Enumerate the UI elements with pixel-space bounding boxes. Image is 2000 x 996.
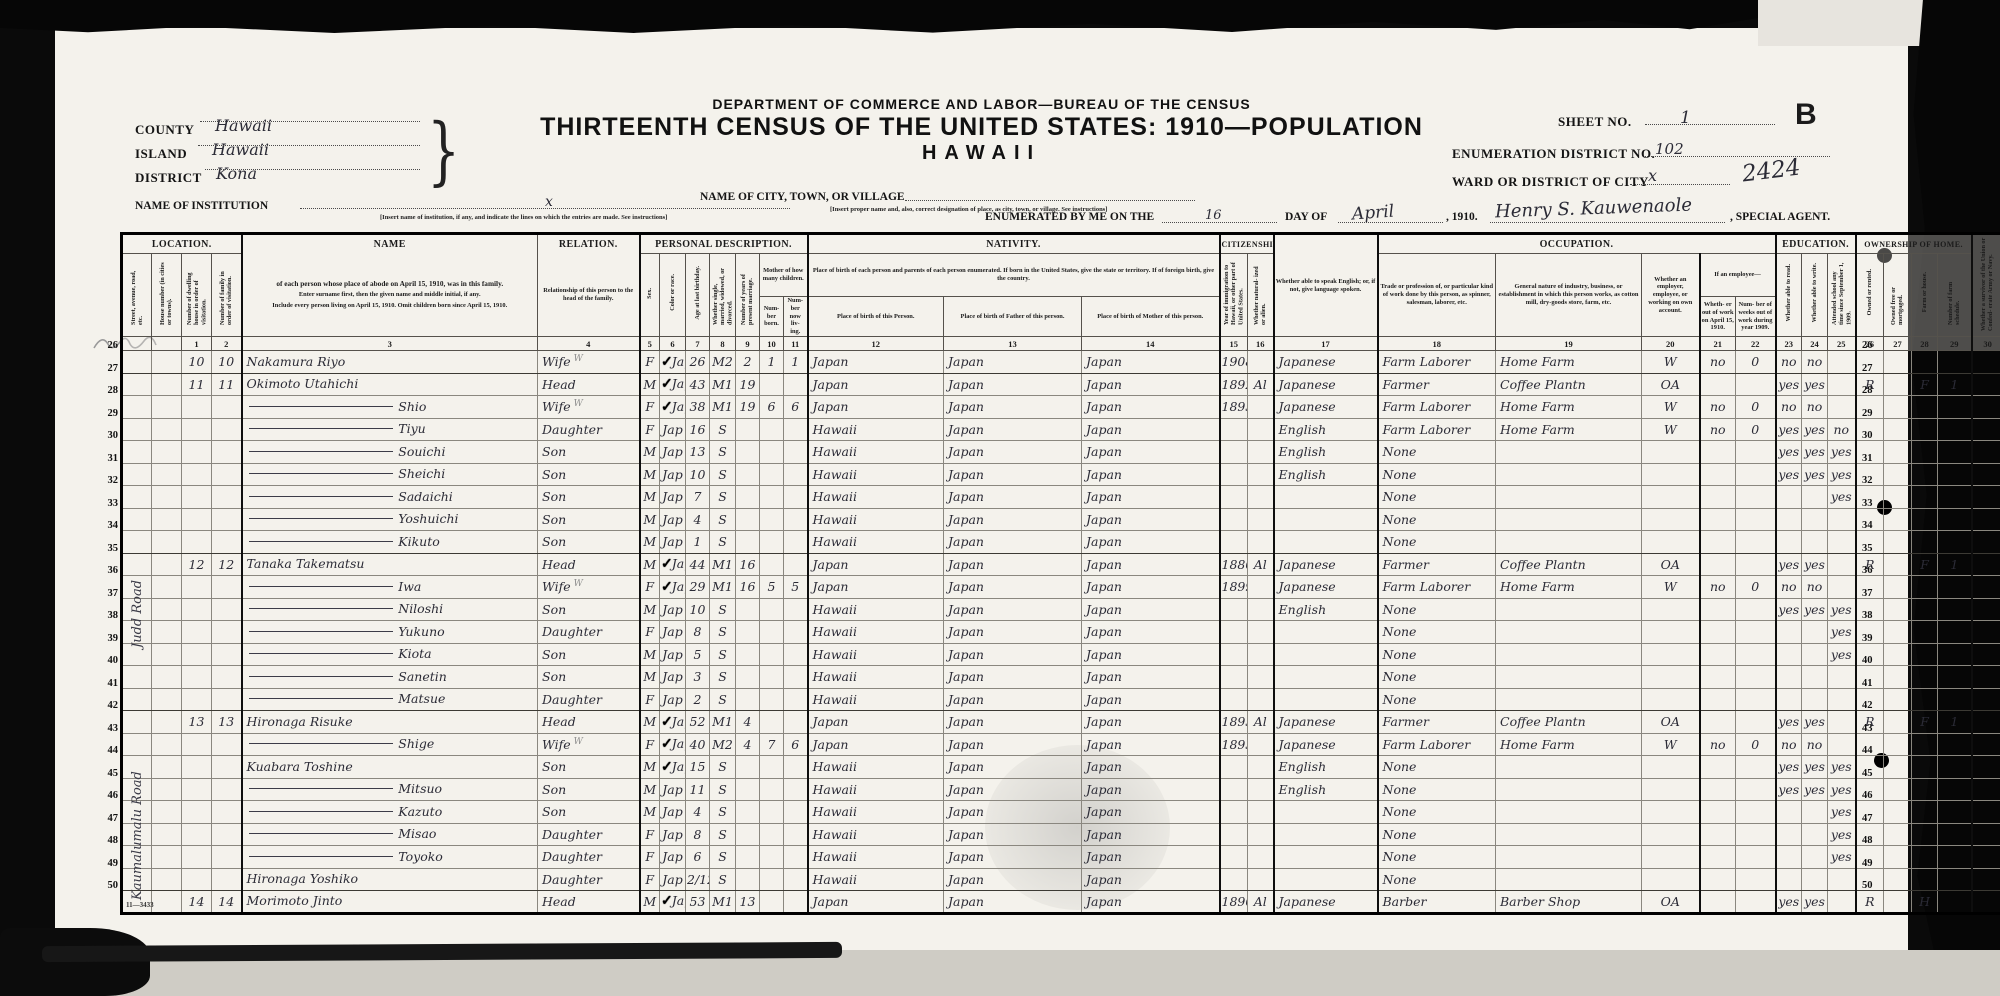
group-citizenship: CITIZENSHIP. (1220, 234, 1274, 254)
cell-rel: WifeW (538, 396, 640, 419)
row-number-right: 31 (1862, 453, 1888, 464)
cell-trade: None (1378, 846, 1496, 869)
cell-wk (1736, 621, 1776, 644)
cell-ind (1496, 531, 1642, 554)
column-number (152, 337, 182, 351)
year-suffix: , 1910. (1446, 211, 1478, 223)
column-number: 2 (212, 337, 242, 351)
cell-fs (1938, 441, 1972, 464)
cell-mar: M1 (710, 553, 736, 576)
cell-bp: Japan (808, 373, 944, 396)
cell-bp: Hawaii (808, 441, 944, 464)
cell-fam: 11 (212, 373, 242, 396)
cell-nat (1248, 508, 1274, 531)
row-number-left: 40 (92, 655, 118, 666)
cell-cb (760, 508, 784, 531)
cell-race: Jap (660, 801, 686, 824)
cell-house (152, 823, 182, 846)
cell-mar: S (710, 756, 736, 779)
cell-bpm: Japan (1082, 396, 1220, 419)
cell-trade: None (1378, 756, 1496, 779)
brace-glyph: } (427, 108, 460, 194)
cell-ow: no (1700, 418, 1736, 441)
cell-emp: W (1642, 576, 1700, 599)
day-of-label: DAY OF (1285, 211, 1327, 223)
cell-imm (1220, 598, 1248, 621)
cell-race: Jap (660, 823, 686, 846)
cell-emp (1642, 621, 1700, 644)
group-name: NAME (242, 234, 538, 254)
row-number-right: 45 (1862, 768, 1888, 779)
cell-cb (760, 868, 784, 891)
cell-sch (1828, 688, 1856, 711)
cell-bpf: Japan (944, 643, 1082, 666)
cell-bp: Japan (808, 733, 944, 756)
cell-lang: Japanese (1274, 351, 1378, 374)
cell-cl (784, 666, 808, 689)
cell-age: 15 (686, 756, 710, 779)
cell-sex: F (640, 688, 660, 711)
table-row: MatsueDaughterFJap2SHawaiiJapanJapanNone (122, 688, 2000, 711)
cell-sch (1828, 891, 1856, 914)
col-14-header: Place of birth of Mother of this person. (1082, 297, 1220, 337)
cell-bpf: Japan (944, 396, 1082, 419)
cell-ind (1496, 598, 1642, 621)
column-number: 6 (660, 337, 686, 351)
cell-fh: F (1912, 711, 1938, 734)
cell-name: Sheichi (242, 463, 538, 486)
cell-dw (182, 688, 212, 711)
group-personal-description: PERSONAL DESCRIPTION. (640, 234, 808, 254)
cell-age: 16 (686, 418, 710, 441)
cell-wr: yes (1802, 891, 1828, 914)
cell-wr (1802, 846, 1828, 869)
cell-mar: S (710, 688, 736, 711)
cell-lang (1274, 688, 1378, 711)
column-number: 21 (1700, 337, 1736, 351)
cell-fs (1938, 666, 1972, 689)
row-number-right: 34 (1862, 520, 1888, 531)
cell-sch (1828, 373, 1856, 396)
cell-mar: S (710, 666, 736, 689)
cell-emp: W (1642, 351, 1700, 374)
cell-cl (784, 711, 808, 734)
row-number-left: 44 (92, 745, 118, 756)
cell-cl (784, 778, 808, 801)
cell-sv (1972, 351, 2000, 374)
cell-wr (1802, 823, 1828, 846)
cell-wk (1736, 868, 1776, 891)
cell-imm (1220, 463, 1248, 486)
cell-imm (1220, 441, 1248, 464)
cell-cb (760, 711, 784, 734)
cell-house (152, 801, 182, 824)
cell-lang: Japanese (1274, 373, 1378, 396)
cell-yrs: 16 (736, 576, 760, 599)
cell-nat (1248, 778, 1274, 801)
col-10-header: Num- ber born. (760, 297, 784, 337)
cell-race: Jap (660, 778, 686, 801)
cell-mar: M1 (710, 373, 736, 396)
cell-bpm: Japan (1082, 531, 1220, 554)
table-row: MisaoDaughterFJap8SHawaiiJapanJapanNoney… (122, 823, 2000, 846)
cell-house (152, 351, 182, 374)
cell-wr (1802, 643, 1828, 666)
table-row: ShioWifeWF✓Jap38M11966JapanJapanJapan189… (122, 396, 2000, 419)
cell-mar: S (710, 643, 736, 666)
cell-nat (1248, 396, 1274, 419)
cell-sv (1972, 778, 2000, 801)
column-number: 11 (784, 337, 808, 351)
cell-sex: F (640, 576, 660, 599)
cell-house (152, 553, 182, 576)
special-agent-label: , SPECIAL AGENT. (1730, 211, 1830, 223)
cell-imm: 1908 (1220, 351, 1248, 374)
row-number-right: 32 (1862, 475, 1888, 486)
row-number-right: 47 (1862, 813, 1888, 824)
cell-mtg (1884, 891, 1912, 914)
cell-fs: 1 (1938, 373, 1972, 396)
cell-race: Jap (660, 868, 686, 891)
cell-age: 3 (686, 666, 710, 689)
cell-street (122, 463, 152, 486)
cell-yrs (736, 801, 760, 824)
cell-yrs: 13 (736, 891, 760, 914)
col-24-header: Whether able to write. (1802, 254, 1828, 337)
cell-age: 11 (686, 778, 710, 801)
cell-wk (1736, 688, 1776, 711)
cell-bpf: Japan (944, 733, 1082, 756)
cell-name: Hironaga Risuke (242, 711, 538, 734)
cell-sex: F (640, 351, 660, 374)
column-number: 19 (1496, 337, 1642, 351)
cell-dw (182, 396, 212, 419)
table-row: SouichiSonMJap13SHawaiiJapanJapanEnglish… (122, 441, 2000, 464)
nativity-note: Place of birth of each person and parent… (808, 254, 1220, 297)
cell-sch: yes (1828, 621, 1856, 644)
row-number-right: 43 (1862, 723, 1888, 734)
cell-imm (1220, 778, 1248, 801)
cell-nat (1248, 598, 1274, 621)
cell-wr: no (1802, 396, 1828, 419)
cell-race: Jap (660, 643, 686, 666)
col-15-header: Year of immigration to Hawaii, or other … (1220, 254, 1248, 337)
cell-rel: Head (538, 373, 640, 396)
cell-nat (1248, 576, 1274, 599)
cell-ind (1496, 621, 1642, 644)
cell-rd (1776, 531, 1802, 554)
cell-ow (1700, 846, 1736, 869)
group-occupation: OCCUPATION. (1378, 234, 1776, 254)
cell-street (122, 711, 152, 734)
col-house-header: House number (in cities or towns). (152, 254, 182, 337)
cell-house (152, 463, 182, 486)
cell-rd: yes (1776, 891, 1802, 914)
cell-mar: M1 (710, 891, 736, 914)
cell-race: Jap (660, 846, 686, 869)
cell-dw (182, 531, 212, 554)
cell-bpf: Japan (944, 463, 1082, 486)
cell-sv (1972, 531, 2000, 554)
cell-race: ✓Jap (660, 373, 686, 396)
cell-rd: yes (1776, 418, 1802, 441)
cell-rel: Son (538, 643, 640, 666)
cell-rel: Head (538, 711, 640, 734)
column-number: 4 (538, 337, 640, 351)
row-number-right: 39 (1862, 633, 1888, 644)
cell-fs (1938, 643, 1972, 666)
cell-emp (1642, 531, 1700, 554)
cell-rd (1776, 643, 1802, 666)
cell-imm (1220, 756, 1248, 779)
cell-fh (1912, 643, 1938, 666)
cell-street (122, 351, 152, 374)
cell-sch: yes (1828, 643, 1856, 666)
cell-house (152, 643, 182, 666)
cell-emp (1642, 823, 1700, 846)
cell-race: Jap (660, 508, 686, 531)
column-number: 30 (1972, 337, 2000, 351)
cell-sv (1972, 846, 2000, 869)
col-26-header: Owned or rented. (1856, 254, 1884, 337)
tally-check-mark: ✓ (661, 376, 673, 392)
cell-bp: Japan (808, 891, 944, 914)
cell-yrs: 4 (736, 711, 760, 734)
cell-imm: 1893 (1220, 396, 1248, 419)
cell-lang: Japanese (1274, 891, 1378, 914)
cell-fam: 10 (212, 351, 242, 374)
cell-rel: Son (538, 508, 640, 531)
cell-age: 5 (686, 643, 710, 666)
cell-rel: WifeW (538, 733, 640, 756)
cell-sex: F (640, 733, 660, 756)
cell-bpf: Japan (944, 688, 1082, 711)
cell-race: Jap (660, 688, 686, 711)
group-nativity: NATIVITY. (808, 234, 1220, 254)
cell-lang: Japanese (1274, 711, 1378, 734)
cell-bpm: Japan (1082, 778, 1220, 801)
cell-ind (1496, 666, 1642, 689)
cell-bp: Hawaii (808, 463, 944, 486)
cell-trade: None (1378, 598, 1496, 621)
col-11-header: Num- ber now liv- ing. (784, 297, 808, 337)
cell-age: 52 (686, 711, 710, 734)
ward-label: WARD OR DISTRICT OF CITY (1452, 174, 1649, 190)
county-value: Hawaii (215, 116, 272, 135)
cell-fs: 1 (1938, 553, 1972, 576)
cell-mar: S (710, 418, 736, 441)
row-number-right: 44 (1862, 745, 1888, 756)
cell-dw (182, 621, 212, 644)
cell-sv (1972, 891, 2000, 914)
cell-nat: Al (1248, 553, 1274, 576)
tally-check-mark: ✓ (661, 736, 673, 752)
cell-dw (182, 486, 212, 509)
cell-nat (1248, 441, 1274, 464)
census-scan-page: DEPARTMENT OF COMMERCE AND LABOR—BUREAU … (0, 0, 2000, 996)
cell-emp: OA (1642, 711, 1700, 734)
cell-sch: yes (1828, 801, 1856, 824)
table-row: SheichiSonMJap10SHawaiiJapanJapanEnglish… (122, 463, 2000, 486)
cell-sex: M (640, 463, 660, 486)
cell-sv (1972, 733, 2000, 756)
tally-check-mark: ✓ (661, 354, 673, 370)
row-number-left: 30 (92, 430, 118, 441)
cell-mar: S (710, 508, 736, 531)
cell-sex: M (640, 531, 660, 554)
col-9-header: Number of years of present marriage. (736, 254, 760, 337)
cell-cl (784, 531, 808, 554)
cell-ow (1700, 373, 1736, 396)
cell-cb (760, 463, 784, 486)
cell-cb (760, 801, 784, 824)
cell-bp: Japan (808, 553, 944, 576)
cell-yrs (736, 486, 760, 509)
cell-sch: yes (1828, 486, 1856, 509)
cell-bp: Japan (808, 351, 944, 374)
cell-street (122, 688, 152, 711)
cell-fs (1938, 396, 1972, 419)
cell-bpm: Japan (1082, 351, 1220, 374)
cell-ind (1496, 486, 1642, 509)
cell-fs (1938, 576, 1972, 599)
cell-sex: M (640, 891, 660, 914)
cell-fs (1938, 621, 1972, 644)
table-row: YoshuichiSonMJap4SHawaiiJapanJapanNone (122, 508, 2000, 531)
cell-fam (212, 756, 242, 779)
cell-wk: 0 (1736, 351, 1776, 374)
cell-rel: Son (538, 801, 640, 824)
cell-sch: yes (1828, 778, 1856, 801)
cell-rel: Daughter (538, 823, 640, 846)
col-5-header: Sex. (640, 254, 660, 337)
cell-yrs: 16 (736, 553, 760, 576)
row-number-right: 28 (1862, 385, 1888, 396)
cell-trade: Farmer (1378, 553, 1496, 576)
tally-check-mark: ✓ (661, 579, 673, 595)
table-row: SanetinSonMJap3SHawaiiJapanJapanNone (122, 666, 2000, 689)
cell-rel: Son (538, 666, 640, 689)
cell-bpm: Japan (1082, 823, 1220, 846)
cell-fam (212, 846, 242, 869)
cell-mar: S (710, 823, 736, 846)
column-number: 15 (1220, 337, 1248, 351)
cell-cl: 6 (784, 396, 808, 419)
col-6-header: Color or race. (660, 254, 686, 337)
cell-ow (1700, 823, 1736, 846)
cell-emp (1642, 441, 1700, 464)
cell-bp: Hawaii (808, 531, 944, 554)
cell-street (122, 733, 152, 756)
cell-mar: S (710, 463, 736, 486)
cell-sex: M (640, 666, 660, 689)
cell-bpm: Japan (1082, 711, 1220, 734)
col-13-header: Place of birth of Father of this person. (944, 297, 1082, 337)
cell-sex: F (640, 868, 660, 891)
cell-race: Jap (660, 531, 686, 554)
cell-ow: no (1700, 396, 1736, 419)
cell-rel: Daughter (538, 846, 640, 869)
column-number: 20 (1642, 337, 1700, 351)
cell-cl (784, 801, 808, 824)
cell-mar: S (710, 846, 736, 869)
cell-street (122, 553, 152, 576)
cell-bpf: Japan (944, 418, 1082, 441)
cell-dw (182, 598, 212, 621)
table-row: 1414Morimoto JintoHeadM✓Jap53M113JapanJa… (122, 891, 2000, 914)
cell-age: 44 (686, 553, 710, 576)
table-row: ShigeWifeWF✓Jap40M2476JapanJapanJapan189… (122, 733, 2000, 756)
cell-fh: F (1912, 553, 1938, 576)
cell-sv (1972, 508, 2000, 531)
cell-bpm: Japan (1082, 621, 1220, 644)
cell-imm (1220, 868, 1248, 891)
cell-ind: Coffee Plantn (1496, 373, 1642, 396)
cell-age: 4 (686, 508, 710, 531)
cell-bp: Hawaii (808, 868, 944, 891)
cell-name: Niloshi (242, 598, 538, 621)
cell-trade: Farm Laborer (1378, 351, 1496, 374)
cell-fh (1912, 688, 1938, 711)
cell-bp: Hawaii (808, 418, 944, 441)
cell-rd (1776, 823, 1802, 846)
cell-house (152, 778, 182, 801)
cell-trade: None (1378, 801, 1496, 824)
cell-dw (182, 778, 212, 801)
col-27-header: Owned free or mortgaged. (1884, 254, 1912, 337)
cell-age: 2 (686, 688, 710, 711)
cell-wk: 0 (1736, 576, 1776, 599)
cell-fh (1912, 418, 1938, 441)
cell-house (152, 576, 182, 599)
cell-sv (1972, 463, 2000, 486)
cell-nat (1248, 868, 1274, 891)
cell-sch (1828, 396, 1856, 419)
cell-ind (1496, 868, 1642, 891)
cell-fs (1938, 486, 1972, 509)
cell-lang (1274, 823, 1378, 846)
cell-bp: Hawaii (808, 801, 944, 824)
cell-sv (1972, 823, 2000, 846)
cell-imm (1220, 621, 1248, 644)
cell-wr: yes (1802, 553, 1828, 576)
cell-fam (212, 598, 242, 621)
cell-emp (1642, 508, 1700, 531)
cell-fh (1912, 778, 1938, 801)
cell-house (152, 598, 182, 621)
cell-bpf: Japan (944, 351, 1082, 374)
cell-fam (212, 396, 242, 419)
cell-bpf: Japan (944, 576, 1082, 599)
row-number-right: 48 (1862, 835, 1888, 846)
table-row: ToyokoDaughterFJap6SHawaiiJapanJapanNone… (122, 846, 2000, 869)
cell-name: Yukuno (242, 621, 538, 644)
cell-ind: Coffee Plantn (1496, 553, 1642, 576)
cell-rd: no (1776, 396, 1802, 419)
cell-fam (212, 666, 242, 689)
cell-fs (1938, 351, 1972, 374)
column-number: 17 (1274, 337, 1378, 351)
cell-age: 1 (686, 531, 710, 554)
island-value: Hawaii (212, 140, 269, 159)
cell-fh (1912, 801, 1938, 824)
cell-ow (1700, 711, 1736, 734)
cell-lang (1274, 508, 1378, 531)
cell-house (152, 441, 182, 464)
cell-wk (1736, 801, 1776, 824)
cell-street (122, 666, 152, 689)
cell-ind: Home Farm (1496, 351, 1642, 374)
